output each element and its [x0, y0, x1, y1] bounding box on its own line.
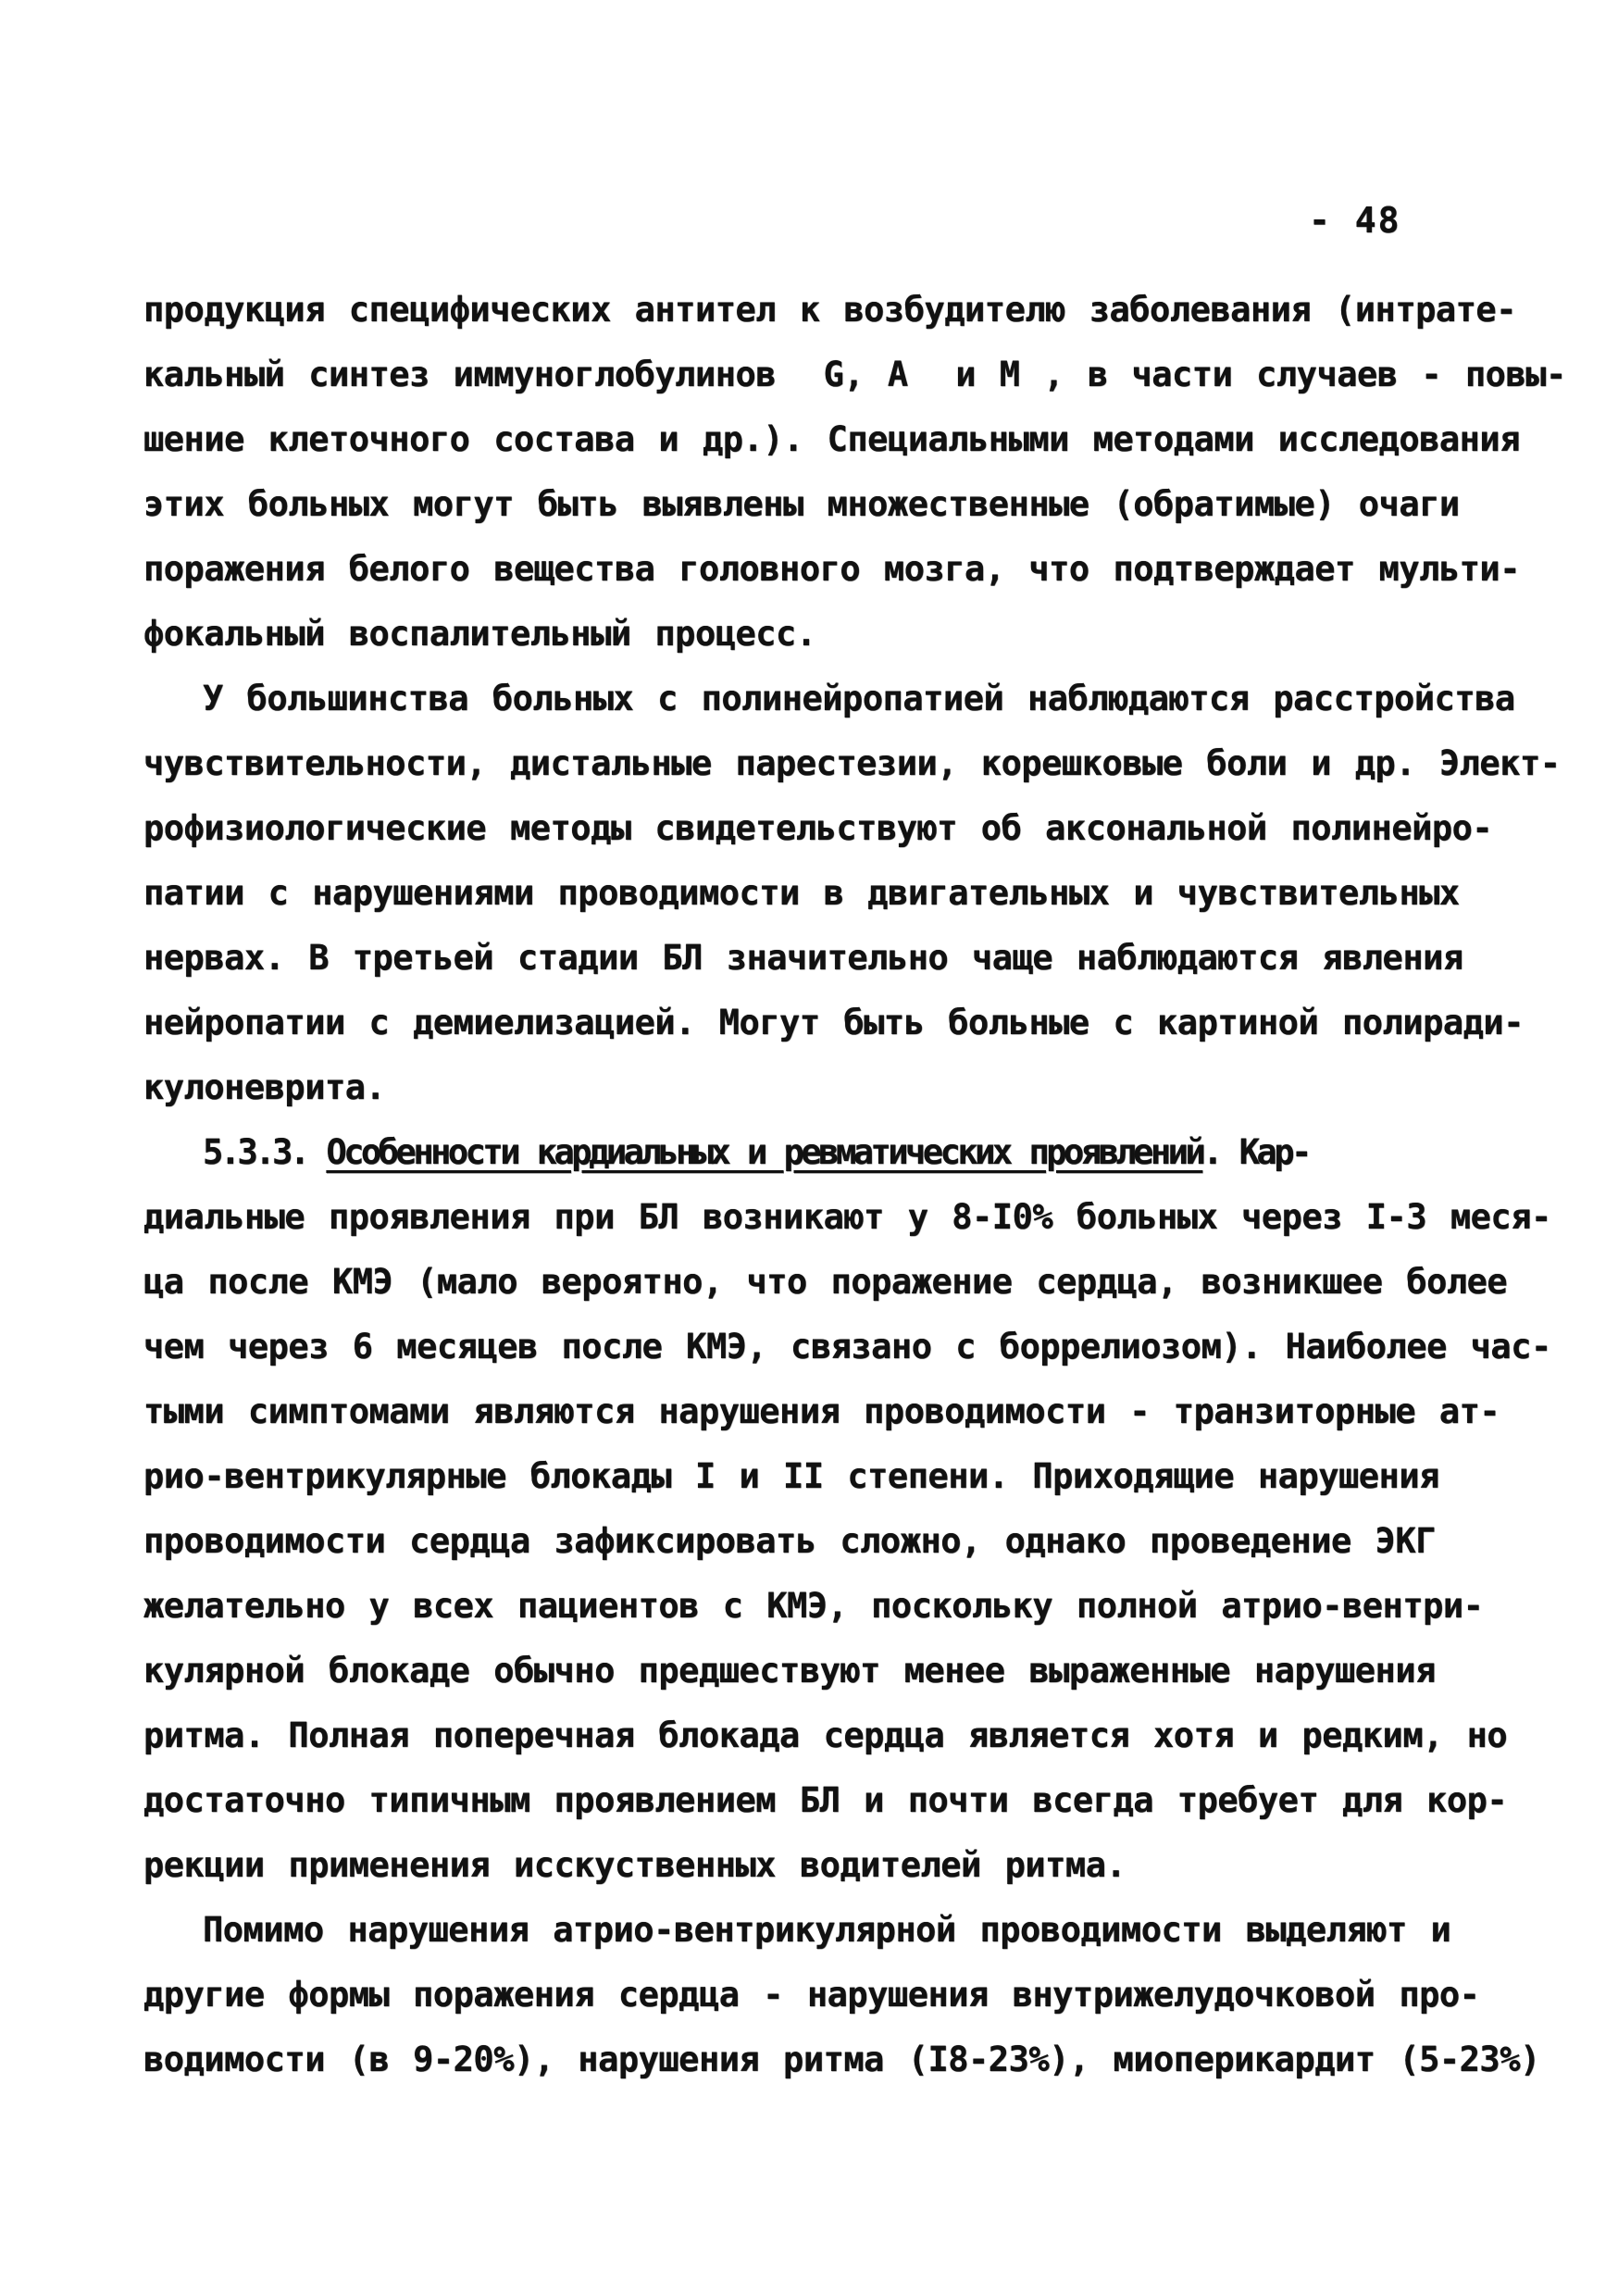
text-line: нейропатии с демиелизацией. Могут быть б… — [143, 991, 1569, 1055]
text-line: Помимо нарушения атрио-вентрикулярной пр… — [143, 1898, 1569, 1963]
text-line: рекции применения исскуственных водителе… — [143, 1833, 1569, 1898]
section-heading: 5.3.3. Особенности кардиальных и ревмати… — [143, 1120, 1569, 1185]
text-line: этих больных могут быть выявлены множест… — [143, 472, 1569, 537]
text-line: поражения белого вещества головного мозг… — [143, 537, 1569, 602]
text-line: ца после КМЭ (мало вероятно, что поражен… — [143, 1250, 1569, 1315]
text-line: продукция специфических антител к возбуд… — [143, 278, 1569, 343]
text-line: кулоневрита. — [143, 1055, 1569, 1120]
section-number: 5.3.3. — [203, 1132, 326, 1172]
text-line: кальный синтез иммуноглобулинов G, A и M… — [143, 343, 1569, 407]
text-line: чем через 6 месяцев после КМЭ, связано с… — [143, 1315, 1569, 1379]
text-line: другие формы поражения сердца - нарушени… — [143, 1963, 1569, 2028]
page-body: продукция специфических антител к возбуд… — [143, 278, 1569, 2092]
text-line: кулярной блокаде обычно предшествуют мен… — [143, 1639, 1569, 1703]
scanned-page: - 48 продукция специфических антител к в… — [0, 0, 1618, 2296]
text-line: У большинства больных с полинейропатией … — [143, 667, 1569, 731]
text-line: желательно у всех пациентов с КМЭ, поско… — [143, 1574, 1569, 1639]
text-line: шение клеточного состава и др.). Специал… — [143, 407, 1569, 472]
text-line: тыми симптомами являются нарушения прово… — [143, 1379, 1569, 1444]
text-line: ритма. Полная поперечная блокада сердца … — [143, 1703, 1569, 1768]
text-line: фокальный воспалительный процесс. — [143, 602, 1569, 667]
section-heading-suffix: . Кар- — [1202, 1132, 1309, 1172]
text-line: достаточно типичным проявлением БЛ и поч… — [143, 1768, 1569, 1833]
text-line: диальные проявления при БЛ возникают у 8… — [143, 1185, 1569, 1250]
text-line: патии с нарушениями проводимости в двига… — [143, 861, 1569, 926]
text-line: проводимости сердца зафиксировать сложно… — [143, 1509, 1569, 1574]
text-line: нервах. В третьей стадии БЛ значительно … — [143, 926, 1569, 991]
text-line: рио-вентрикулярные блокады I и II степен… — [143, 1444, 1569, 1509]
text-line: чувствительности, дистальные парестезии,… — [143, 731, 1569, 796]
text-line: водимости (в 9-20%), нарушения ритма (I8… — [143, 2028, 1569, 2092]
page-number: - 48 — [1309, 200, 1401, 241]
section-title: Особенности кардиальных и ревматических … — [326, 1132, 1202, 1172]
text-line: рофизиологические методы свидетельствуют… — [143, 796, 1569, 861]
